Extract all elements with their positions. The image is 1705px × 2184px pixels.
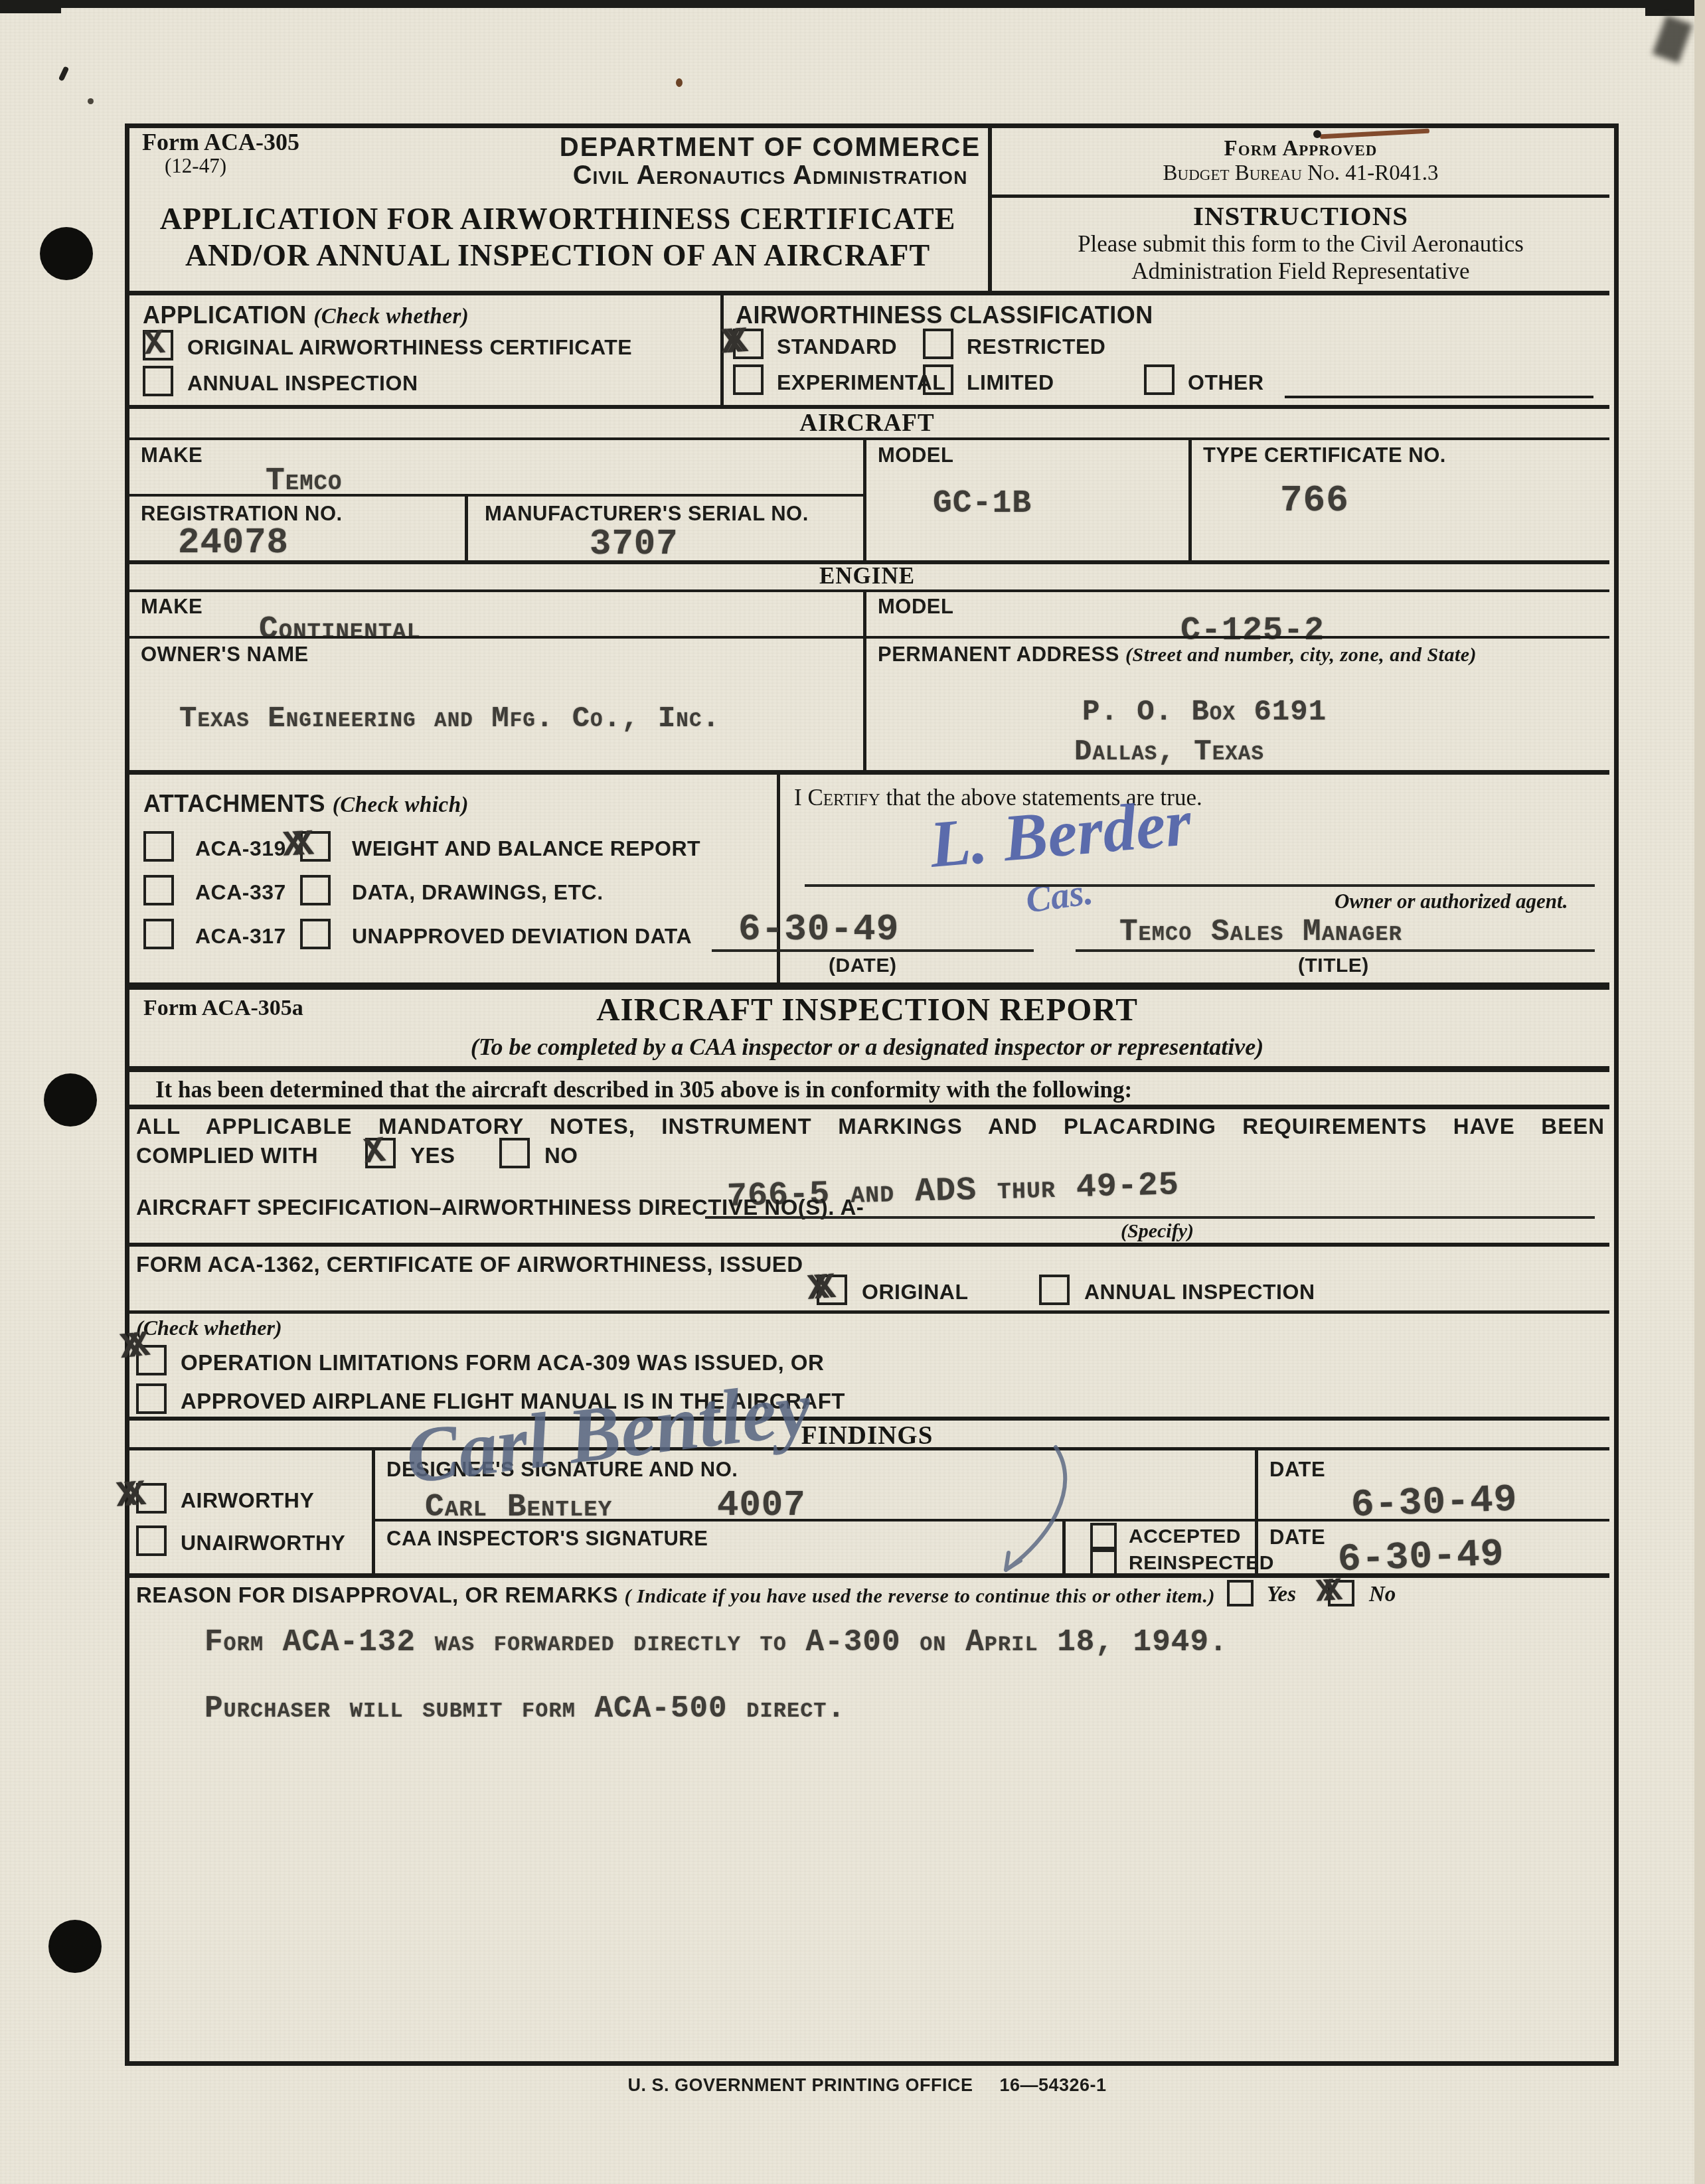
label-restricted: RESTRICTED xyxy=(967,335,1105,359)
hole-punch-top xyxy=(40,227,93,280)
engine-column-divider xyxy=(863,592,866,771)
checkbox-flight-manual[interactable] xyxy=(136,1383,167,1414)
application-hint: (Check whether) xyxy=(313,305,469,329)
imprint-text: U. S. GOVERNMENT PRINTING OFFICE xyxy=(627,2075,973,2095)
serial-label: MANUFACTURER'S SERIAL NO. xyxy=(485,502,809,526)
findings-title: FINDINGS xyxy=(125,1421,1609,1450)
form-305a-heavy-divider xyxy=(125,982,1609,990)
complied-with-label: COMPLIED WITH xyxy=(136,1143,318,1168)
scanned-form-page: { "header": { "form_no": "Form ACA-305",… xyxy=(0,0,1705,2184)
determined-statement: It has been determined that the aircraft… xyxy=(155,1077,1132,1103)
make-registration-divider xyxy=(125,494,863,497)
type-cert-label: TYPE CERTIFICATE NO. xyxy=(1203,443,1446,467)
date-caption: (DATE) xyxy=(829,955,896,977)
instructions-line1: Please submit this form to the Civil Aer… xyxy=(992,231,1609,258)
label-reinspected: REINSPECTED xyxy=(1129,1552,1274,1575)
type-cert-value: 766 xyxy=(1280,479,1349,522)
certify-prefix: I Certify xyxy=(794,785,880,811)
owner-name-label: OWNER'S NAME xyxy=(141,643,309,666)
form-revision: (12-47) xyxy=(165,154,226,178)
permanent-address-label: PERMANENT ADDRESS (Street and number, ci… xyxy=(878,643,1477,666)
attachments-hint: (Check which) xyxy=(333,793,469,817)
serial-value: 3707 xyxy=(590,524,679,565)
aca1362-bottom-line xyxy=(125,1310,1609,1314)
label-1362-original: ORIGINAL xyxy=(862,1280,968,1304)
aircraft-model-value: GC-1B xyxy=(933,486,1032,522)
checkbox-aca319[interactable] xyxy=(143,831,174,862)
hole-punch-bottom xyxy=(48,1920,102,1973)
address-line2: Dallas, Texas xyxy=(1074,736,1264,769)
findings-date-label-2: DATE xyxy=(1269,1525,1325,1549)
engine-model-label: MODEL xyxy=(878,595,953,619)
owner-name-value: Texas Engineering and Mfg. Co., Inc. xyxy=(179,702,720,736)
typed-x-mark: X xyxy=(142,324,166,364)
label-standard: STANDARD xyxy=(777,335,897,359)
label-complied-no: NO xyxy=(544,1143,578,1168)
engine-make-label: MAKE xyxy=(141,595,203,619)
certification-date-value: 6-30-49 xyxy=(738,908,899,951)
signature-caption: Owner or authorized agent. xyxy=(1335,890,1568,913)
label-aca337: ACA-337 xyxy=(195,880,286,905)
scan-top-left-corner xyxy=(0,0,61,13)
application-section-label: APPLICATION (Check whether) xyxy=(143,301,469,329)
application-classification-divider xyxy=(720,295,724,406)
checkbox-weight-balance[interactable]: XX xyxy=(300,831,331,862)
findings-left-divider xyxy=(372,1450,375,1573)
scan-top-edge xyxy=(0,0,1705,8)
engine-section-title: ENGINE xyxy=(125,563,1609,589)
registration-serial-divider xyxy=(465,497,468,560)
checkbox-1362-original[interactable]: XX xyxy=(817,1275,847,1305)
caa-inspector-signature-label: CAA INSPECTOR'S SIGNATURE xyxy=(386,1527,708,1551)
form-title-line2: AND/OR ANNUAL INSPECTION OF AN AIRCRAFT xyxy=(127,238,988,273)
aircraft-make-label: MAKE xyxy=(141,443,203,467)
instructions-title: INSTRUCTIONS xyxy=(992,200,1609,232)
address-hint: (Street and number, city, zone, and Stat… xyxy=(1125,644,1477,666)
inspection-header-line xyxy=(125,1066,1609,1072)
reason-label-text: REASON FOR DISAPPROVAL, OR REMARKS xyxy=(136,1583,618,1607)
typed-x-mark: X xyxy=(362,1131,388,1174)
label-1362-annual: ANNUAL INSPECTION xyxy=(1084,1280,1315,1304)
spec-directive-line xyxy=(705,1216,1595,1219)
inspection-report-subtitle: (To be completed by a CAA inspector or a… xyxy=(125,1033,1609,1061)
label-data-drawings: DATA, DRAWINGS, ETC. xyxy=(352,880,604,905)
model-typecert-divider xyxy=(1188,437,1192,560)
section-line-header-bottom xyxy=(125,291,1609,295)
label-aca317: ACA-317 xyxy=(195,924,286,949)
checkbox-original-airworthiness[interactable]: X xyxy=(143,330,173,360)
registration-label: REGISTRATION NO. xyxy=(141,502,343,526)
approved-box-divider xyxy=(992,195,1609,198)
hole-punch-middle xyxy=(44,1073,97,1127)
attachments-section-label: ATTACHMENTS (Check which) xyxy=(143,790,469,818)
label-reason-no: No xyxy=(1369,1583,1396,1607)
section-line-owner-bottom xyxy=(125,770,1609,775)
label-operation-limitations: OPERATION LIMITATIONS FORM ACA-309 WAS I… xyxy=(181,1350,824,1375)
aircraft-section-title: AIRCRAFT xyxy=(125,409,1609,437)
checkbox-experimental[interactable] xyxy=(733,364,764,395)
engine-title-underline xyxy=(125,589,1609,592)
mandatory-notes-line: ALL APPLICABLE MANDATORY NOTES, INSTRUME… xyxy=(136,1114,1605,1139)
check-whether-caption: (Check whether) xyxy=(136,1316,282,1340)
form-approved-line2: Budget Bureau No. 41-R041.3 xyxy=(992,161,1609,186)
form-number: Form ACA-305 xyxy=(142,128,299,156)
checkbox-standard[interactable]: XX xyxy=(733,329,764,359)
findings-bottom-line xyxy=(125,1573,1609,1578)
attachments-certify-divider xyxy=(777,775,780,985)
form-title-line1: APPLICATION FOR AIRWORTHINESS CERTIFICAT… xyxy=(127,201,988,236)
scan-speck-2 xyxy=(88,98,94,104)
red-pen-dot xyxy=(1313,130,1321,138)
label-original-airworthiness: ORIGINAL AIRWORTHINESS CERTIFICATE xyxy=(187,335,632,360)
instructions-line2: Administration Field Representative xyxy=(992,258,1609,285)
label-limited: LIMITED xyxy=(967,370,1054,395)
checkbox-operation-limitations[interactable]: XX xyxy=(136,1345,167,1375)
checkbox-other[interactable] xyxy=(1144,364,1175,395)
other-blank-line xyxy=(1285,396,1593,398)
checkbox-complied-yes[interactable]: X xyxy=(365,1138,396,1168)
determined-bottom-line xyxy=(125,1105,1609,1109)
registration-value: 24078 xyxy=(178,523,289,564)
label-annual-inspection: ANNUAL INSPECTION xyxy=(187,371,418,396)
checkbox-data-drawings[interactable] xyxy=(300,875,331,905)
checkbox-annual-inspection[interactable] xyxy=(143,366,173,396)
checkbox-complied-no[interactable] xyxy=(499,1138,530,1168)
aircraft-title-underline xyxy=(125,437,1609,440)
specify-caption: (Specify) xyxy=(1121,1220,1194,1243)
label-airworthy: AIRWORTHY xyxy=(181,1488,314,1513)
checkbox-unairworthy[interactable] xyxy=(136,1525,167,1556)
form-approved-line1: Form Approved xyxy=(992,137,1609,161)
findings-title-underline xyxy=(125,1447,1609,1450)
checkbox-limited[interactable] xyxy=(923,364,953,395)
scan-smudge xyxy=(1653,15,1693,64)
label-experimental: EXPERIMENTAL xyxy=(777,370,945,395)
inspection-report-title: AIRCRAFT INSPECTION REPORT xyxy=(125,990,1609,1028)
scan-speck-3 xyxy=(676,78,683,87)
classification-section-label: AIRWORTHINESS CLASSIFICATION xyxy=(736,301,1153,329)
aircraft-model-label: MODEL xyxy=(878,443,953,467)
application-label-text: APPLICATION xyxy=(143,301,307,329)
label-reason-yes: Yes xyxy=(1267,1583,1296,1607)
aircraft-model-divider xyxy=(863,437,866,560)
checkbox-airworthy[interactable]: XX xyxy=(136,1483,167,1514)
checkbox-restricted[interactable] xyxy=(923,329,953,359)
right-paper-edge xyxy=(1694,0,1705,2184)
label-accepted: ACCEPTED xyxy=(1129,1525,1241,1548)
department-line2: Civil Aeronautics Administration xyxy=(538,161,1003,191)
date-line xyxy=(712,949,1034,952)
label-weight-balance: WEIGHT AND BALANCE REPORT xyxy=(352,836,700,861)
printing-office-imprint: U. S. GOVERNMENT PRINTING OFFICE 16—5432… xyxy=(125,2075,1609,2096)
address-line1: P. O. Box 6191 xyxy=(1082,696,1327,729)
certification-title-value: Temco Sales Manager xyxy=(1119,915,1402,949)
attachments-label-text: ATTACHMENTS xyxy=(143,790,325,817)
address-label-text: PERMANENT ADDRESS xyxy=(878,643,1119,666)
aca1362-label: FORM ACA-1362, CERTIFICATE OF AIRWORTHIN… xyxy=(136,1252,803,1277)
label-unapproved-deviation: UNAPPROVED DEVIATION DATA xyxy=(352,924,692,949)
label-complied-yes: YES xyxy=(410,1143,455,1168)
checkbox-aca317[interactable] xyxy=(143,919,174,949)
remark-line-1: Form ACA-132 was forwarded directly to A… xyxy=(204,1625,1228,1660)
department-line1: DEPARTMENT OF COMMERCE xyxy=(538,133,1003,163)
title-caption: (TITLE) xyxy=(1298,955,1369,977)
owner-signature-line xyxy=(805,884,1595,887)
checkbox-reason-no[interactable]: XX xyxy=(1328,1580,1354,1606)
remark-line-2: Purchaser will submit form ACA-500 direc… xyxy=(204,1691,846,1726)
label-aca319: ACA-319 xyxy=(195,836,286,861)
engine-owner-divider xyxy=(125,636,1609,639)
title-line xyxy=(1076,949,1595,952)
inspector-signature-tail xyxy=(943,1427,1142,1600)
checkbox-reason-yes[interactable] xyxy=(1227,1580,1254,1606)
scan-speck-1 xyxy=(58,66,70,81)
checkbox-unapproved-deviation[interactable] xyxy=(300,919,331,949)
label-unairworthy: UNAIRWORTHY xyxy=(181,1531,345,1555)
label-other: OTHER xyxy=(1188,370,1264,395)
imprint-code: 16—54326-1 xyxy=(999,2075,1106,2095)
checkbox-aca337[interactable] xyxy=(143,875,174,905)
checkbox-1362-annual[interactable] xyxy=(1039,1275,1070,1305)
spec-bottom-line xyxy=(125,1243,1609,1247)
findings-date-label-1: DATE xyxy=(1269,1458,1325,1482)
